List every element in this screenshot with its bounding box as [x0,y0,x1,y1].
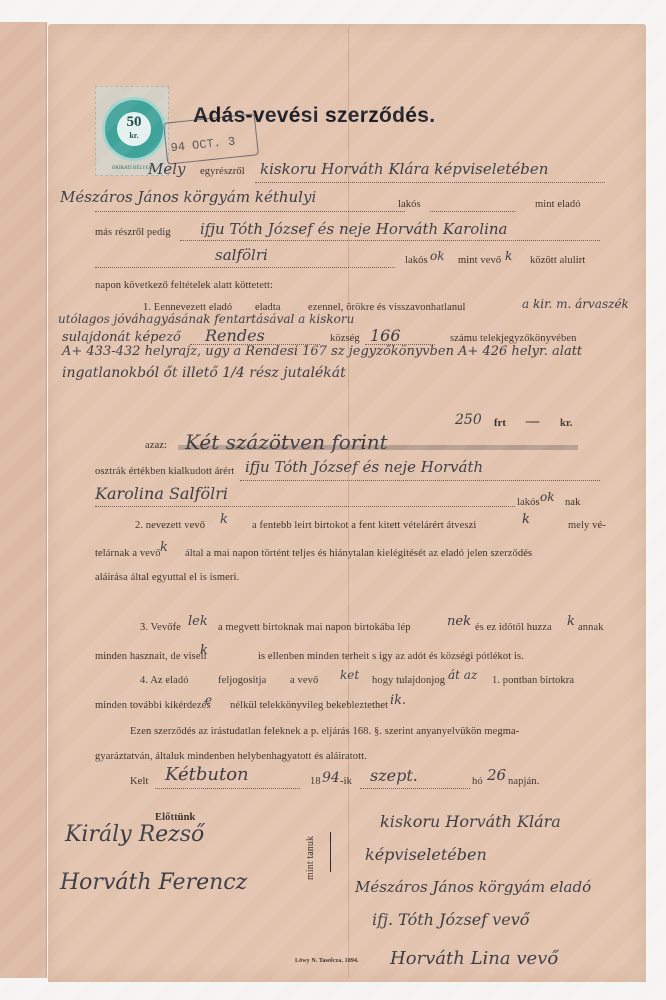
label-azaz: azaz: [145,440,167,451]
s4-hand: ket [340,668,359,682]
s4-hand: át az [448,668,477,682]
label-mas-reszrol: más részről pedig [95,227,171,238]
signing-place: Kétbuton [165,764,249,785]
fill-line [155,788,300,789]
witness-brace [330,832,333,872]
document-title: Adás-vevési szerződés. [193,104,435,128]
fill-line [180,240,600,241]
s1-hand: sulajdonát képező [62,330,181,345]
s4-hand: e [205,693,212,707]
label-napjan: napján. [508,776,539,787]
signature-line: Mészáros János körgyám eladó [355,878,591,896]
witness-signature-2: Horváth Ferencz [60,870,247,895]
label-egyreszrol: egyrészről [200,166,245,177]
label-mint-elado: mint eladó [535,199,581,210]
s1-hand: A+ 433-432 helyrajz, ugy a Rendesi 167 s… [62,344,582,359]
s3-hand: lek [188,614,208,629]
price-amount: 250 [455,412,482,428]
s3-text: is ellenben minden terheit s igy az adót… [258,651,524,662]
s4-text: 4. Az eladó [140,675,189,686]
s2-hand: k [160,540,168,555]
fill-line [360,788,470,789]
s4-text: nélkül telekkönyvileg bekebleztethet [230,700,388,711]
label-kr: kr. [560,418,572,429]
s3-hand: k [567,614,575,629]
handwritten-suffix: ok [540,490,555,504]
stamp-value: 50 [117,112,151,132]
s3-text: 3. Vevőfe [140,622,181,633]
s2-text: a fentebb leirt birtokot a fent kitett v… [252,520,476,531]
s4-text: 1. pontban birtokra [492,675,574,686]
stamp-unit: kr. [117,132,151,140]
price-kr: — [525,412,540,430]
label-lakos: lakós [517,497,540,508]
label-nak: nak [565,497,580,508]
label-kozott: között alulirt [530,255,585,266]
fill-line [430,211,515,212]
fill-line [255,182,605,183]
stamp-seal-icon: 50 kr. [102,97,166,161]
s1-hand: ingatlanokból őt illető 1/4 rész jutalék… [62,365,346,381]
label-ho: hó [472,776,483,787]
closing-text: gyaráztatván, általuk mindenben helybenh… [95,751,367,762]
handwritten-prefix: Mely [148,160,186,178]
cancel-date: 94 OCT. 3 [170,135,236,156]
label-conditions: napon következő feltételek alatt köttete… [95,280,273,291]
handwritten-suffix: k [505,249,512,263]
buyer-names: ifju Tóth József és neje Horváth Karolin… [200,220,507,238]
seller-representative: kiskoru Horváth Klára képviseletében [260,160,548,178]
price-in-words: Két százötven forint [185,430,388,454]
s4-text: minden további kikérdezés [95,700,211,711]
adjacent-page-edge [0,22,47,978]
label-kelt: Kelt [130,776,148,787]
buyer-names-3: Karolina Salfölri [95,484,228,503]
s2-hand: k [522,512,530,527]
s3-text: és ez időtől huzza [475,622,552,633]
s2-text: aláirása által egyuttal el is ismeri. [95,572,239,583]
fill-line [95,267,395,268]
ledger-number: 166 [370,326,401,345]
buyer-residence: salfölri [215,246,268,264]
label-year: 18 [310,776,321,787]
fill-line [95,506,515,507]
label-lakos: lakós [405,255,428,266]
fill-line [240,480,600,481]
signing-day: 26 [487,766,506,784]
handwritten-suffix: ok [430,249,445,263]
s4-text: a vevő [290,675,318,686]
s3-hand: k [200,643,208,658]
label-mint-vevo: mint vevő [458,255,501,266]
s1-hand: a kir. m. árvaszék [522,297,629,311]
closing-text: Ezen szerződés az irástudatlan feleknek … [130,726,519,737]
fill-line [95,211,405,212]
s3-text: a megvett birtoknak mai napon birtokába … [218,622,411,633]
s2-text: mely vé- [568,520,606,531]
s2-text: telárnak a vevő [95,548,161,559]
signature-line: Horváth Lina vevő [390,948,558,969]
signature-line: képviseletében [365,845,487,864]
s4-hand: ik. [390,693,406,708]
label-frt: frt [494,418,506,429]
s4-text: hogy tulajdonjog [372,675,445,686]
s2-text: által a mai napon történt teljes és hián… [185,548,532,559]
label-ik: -ik [340,776,352,787]
s2-text: 2. nevezett vevő [135,520,205,531]
signing-month: szept. [370,766,418,785]
signature-line: kiskoru Horváth Klára [380,812,561,831]
label-osztrak: osztrák értékben kialkudott árért [95,466,234,477]
signing-year: 94 [322,770,340,786]
label-lakos: lakós [398,199,421,210]
witness-signature-1: Király Rezső [65,822,204,847]
s3-hand: nek [447,614,471,629]
buyer-names-2: ifju Tóth József és neje Horváth [245,458,483,476]
s4-text: feljogositja [218,675,266,686]
printer-imprint: Löwy N. Tasolcza, 1894. [295,958,359,964]
s1-hand: utólagos jóváhagyásának fentartásával a … [58,312,354,326]
label-mint-tanuk: mint tanuk [305,836,316,880]
village-name: Rendes [205,326,265,345]
signature-line: ifj. Tóth József vevő [372,910,529,929]
s3-text: annak [578,622,604,633]
s2-hand: k [220,512,228,527]
label-telekjegyzokonyv: számu telekjegyzőkönyvében [450,333,577,344]
seller-name: Mészáros János körgyám kéthulyi [60,188,316,206]
label-kozseg: község [330,333,360,344]
s3-text: minden hasznait, de viseli [95,651,207,662]
